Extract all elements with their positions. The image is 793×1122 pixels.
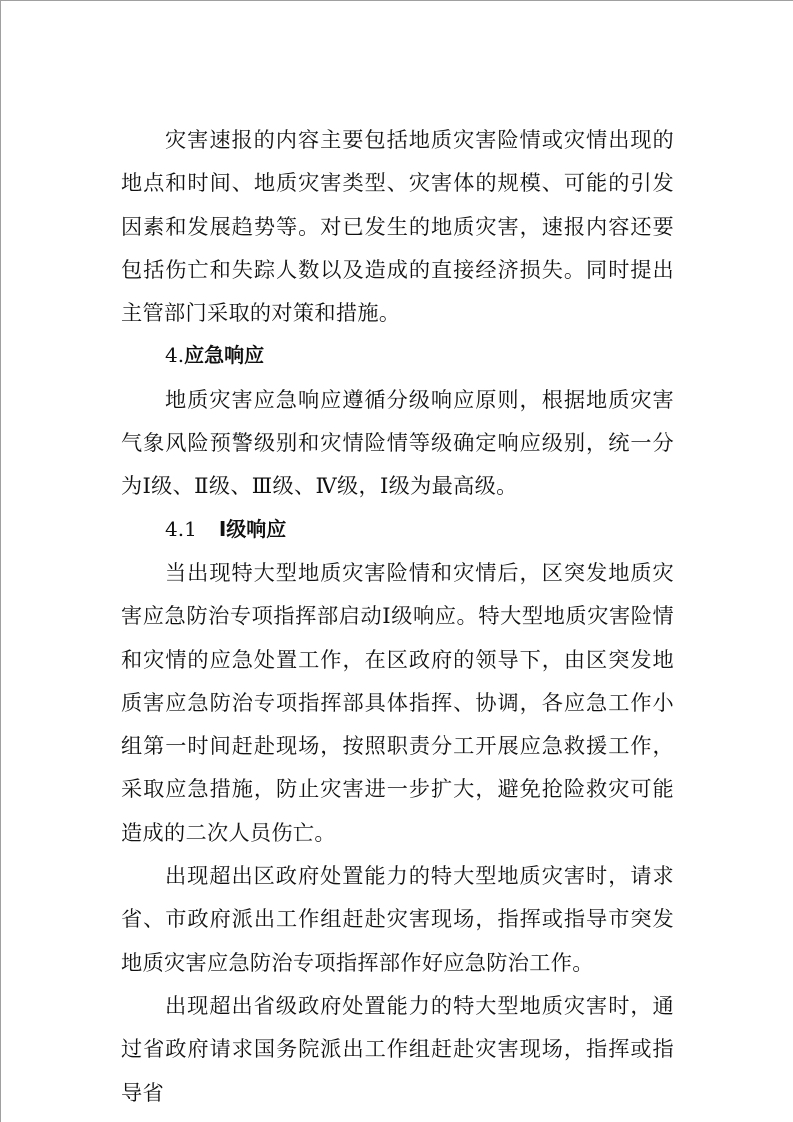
- heading-title: 应急响应: [184, 343, 264, 367]
- heading-title: Ⅰ级响应: [219, 517, 286, 541]
- heading-level-1-response: 4.1Ⅰ级响应: [121, 508, 674, 551]
- paragraph-level-1-procedure: 当出现特大型地质灾害险情和灾情后，区突发地质灾害应急防治专项指挥部启动Ⅰ级响应。…: [121, 551, 674, 854]
- document-page: 灾害速报的内容主要包括地质灾害险情或灾情出现的地点和时间、地质灾害类型、灾害体的…: [0, 0, 793, 1122]
- paragraph-response-levels: 地质灾害应急响应遵循分级响应原则，根据地质灾害气象风险预警级别和灾情险情等级确定…: [121, 378, 674, 508]
- heading-emergency-response: 4.应急响应: [121, 334, 674, 377]
- paragraph-disaster-report-content: 灾害速报的内容主要包括地质灾害险情或灾情出现的地点和时间、地质灾害类型、灾害体的…: [121, 118, 674, 334]
- heading-number: 4.: [165, 343, 184, 367]
- document-body: 灾害速报的内容主要包括地质灾害险情或灾情出现的地点和时间、地质灾害类型、灾害体的…: [121, 118, 674, 1114]
- paragraph-exceeds-district-capacity: 出现超出区政府处置能力的特大型地质灾害时，请求省、市政府派出工作组赶赴灾害现场，…: [121, 854, 674, 984]
- paragraph-exceeds-provincial-capacity: 出现超出省级政府处置能力的特大型地质灾害时，通过省政府请求国务院派出工作组赶赴灾…: [121, 984, 674, 1114]
- heading-number: 4.1: [165, 517, 197, 541]
